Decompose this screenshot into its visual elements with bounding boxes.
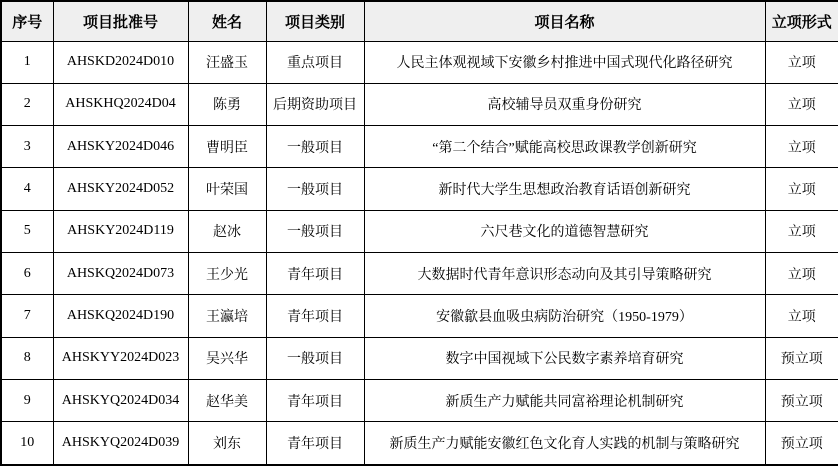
table-row: 8AHSKYY2024D023吴兴华一般项目数字中国视域下公民数字素养培育研究预…	[1, 337, 838, 379]
cell-approval-form: 立项	[765, 168, 838, 210]
cell-approval-number: AHSKY2024D046	[53, 126, 188, 168]
cell-seq: 3	[1, 126, 53, 168]
cell-seq: 9	[1, 380, 53, 422]
cell-seq: 1	[1, 41, 53, 83]
cell-category: 青年项目	[266, 422, 364, 465]
cell-project-name: 安徽歙县血吸虫病防治研究（1950-1979）	[364, 295, 765, 337]
cell-category: 一般项目	[266, 168, 364, 210]
table-row: 9AHSKYQ2024D034赵华美青年项目新质生产力赋能共同富裕理论机制研究预…	[1, 380, 838, 422]
header-cell-project-name: 项目名称	[364, 1, 765, 41]
cell-seq: 5	[1, 210, 53, 252]
cell-approval-number: AHSKYY2024D023	[53, 337, 188, 379]
table-row: 3AHSKY2024D046曹明臣一般项目“第二个结合”赋能高校思政课教学创新研…	[1, 126, 838, 168]
cell-seq: 7	[1, 295, 53, 337]
cell-name: 刘东	[188, 422, 266, 465]
cell-approval-number: AHSKQ2024D073	[53, 253, 188, 295]
header-cell-seq: 序号	[1, 1, 53, 41]
cell-project-name: 新时代大学生思想政治教育话语创新研究	[364, 168, 765, 210]
cell-category: 青年项目	[266, 295, 364, 337]
table-header: 序号项目批准号姓名项目类别项目名称立项形式	[1, 1, 838, 41]
cell-project-name: 新质生产力赋能安徽红色文化育人实践的机制与策略研究	[364, 422, 765, 465]
cell-approval-form: 立项	[765, 126, 838, 168]
cell-name: 叶荣国	[188, 168, 266, 210]
cell-category: 一般项目	[266, 126, 364, 168]
cell-project-name: 大数据时代青年意识形态动向及其引导策略研究	[364, 253, 765, 295]
cell-seq: 10	[1, 422, 53, 465]
header-cell-approval-form: 立项形式	[765, 1, 838, 41]
cell-approval-number: AHSKD2024D010	[53, 41, 188, 83]
cell-project-name: 六尺巷文化的道德智慧研究	[364, 210, 765, 252]
cell-name: 陈勇	[188, 83, 266, 125]
cell-category: 重点项目	[266, 41, 364, 83]
cell-name: 汪盛玉	[188, 41, 266, 83]
cell-category: 后期资助项目	[266, 83, 364, 125]
cell-approval-form: 立项	[765, 83, 838, 125]
cell-category: 青年项目	[266, 380, 364, 422]
cell-name: 王少光	[188, 253, 266, 295]
cell-name: 王瀛培	[188, 295, 266, 337]
cell-approval-form: 预立项	[765, 422, 838, 465]
cell-seq: 8	[1, 337, 53, 379]
table-row: 5AHSKY2024D119赵冰一般项目六尺巷文化的道德智慧研究立项	[1, 210, 838, 252]
cell-approval-form: 预立项	[765, 337, 838, 379]
cell-category: 青年项目	[266, 253, 364, 295]
header-cell-approval-number: 项目批准号	[53, 1, 188, 41]
cell-approval-form: 预立项	[765, 380, 838, 422]
cell-approval-form: 立项	[765, 210, 838, 252]
cell-approval-form: 立项	[765, 295, 838, 337]
cell-approval-number: AHSKYQ2024D034	[53, 380, 188, 422]
table-row: 6AHSKQ2024D073王少光青年项目大数据时代青年意识形态动向及其引导策略…	[1, 253, 838, 295]
cell-category: 一般项目	[266, 337, 364, 379]
table-row: 2AHSKHQ2024D04陈勇后期资助项目高校辅导员双重身份研究立项	[1, 83, 838, 125]
projects-table: 序号项目批准号姓名项目类别项目名称立项形式 1AHSKD2024D010汪盛玉重…	[0, 0, 838, 466]
cell-category: 一般项目	[266, 210, 364, 252]
cell-approval-form: 立项	[765, 253, 838, 295]
header-cell-name: 姓名	[188, 1, 266, 41]
header-cell-category: 项目类别	[266, 1, 364, 41]
cell-approval-number: AHSKY2024D119	[53, 210, 188, 252]
cell-project-name: 人民主体观视域下安徽乡村推进中国式现代化路径研究	[364, 41, 765, 83]
cell-project-name: “第二个结合”赋能高校思政课教学创新研究	[364, 126, 765, 168]
cell-approval-form: 立项	[765, 41, 838, 83]
cell-name: 曹明臣	[188, 126, 266, 168]
cell-approval-number: AHSKQ2024D190	[53, 295, 188, 337]
cell-approval-number: AHSKYQ2024D039	[53, 422, 188, 465]
cell-name: 赵冰	[188, 210, 266, 252]
table-row: 4AHSKY2024D052叶荣国一般项目新时代大学生思想政治教育话语创新研究立…	[1, 168, 838, 210]
table-row: 10AHSKYQ2024D039刘东青年项目新质生产力赋能安徽红色文化育人实践的…	[1, 422, 838, 465]
cell-project-name: 数字中国视域下公民数字素养培育研究	[364, 337, 765, 379]
table-row: 1AHSKD2024D010汪盛玉重点项目人民主体观视域下安徽乡村推进中国式现代…	[1, 41, 838, 83]
cell-seq: 4	[1, 168, 53, 210]
cell-name: 赵华美	[188, 380, 266, 422]
cell-name: 吴兴华	[188, 337, 266, 379]
table-row: 7AHSKQ2024D190王瀛培青年项目安徽歙县血吸虫病防治研究（1950-1…	[1, 295, 838, 337]
cell-seq: 2	[1, 83, 53, 125]
cell-project-name: 新质生产力赋能共同富裕理论机制研究	[364, 380, 765, 422]
cell-approval-number: AHSKHQ2024D04	[53, 83, 188, 125]
cell-approval-number: AHSKY2024D052	[53, 168, 188, 210]
cell-seq: 6	[1, 253, 53, 295]
table-body: 1AHSKD2024D010汪盛玉重点项目人民主体观视域下安徽乡村推进中国式现代…	[1, 41, 838, 465]
header-row: 序号项目批准号姓名项目类别项目名称立项形式	[1, 1, 838, 41]
cell-project-name: 高校辅导员双重身份研究	[364, 83, 765, 125]
